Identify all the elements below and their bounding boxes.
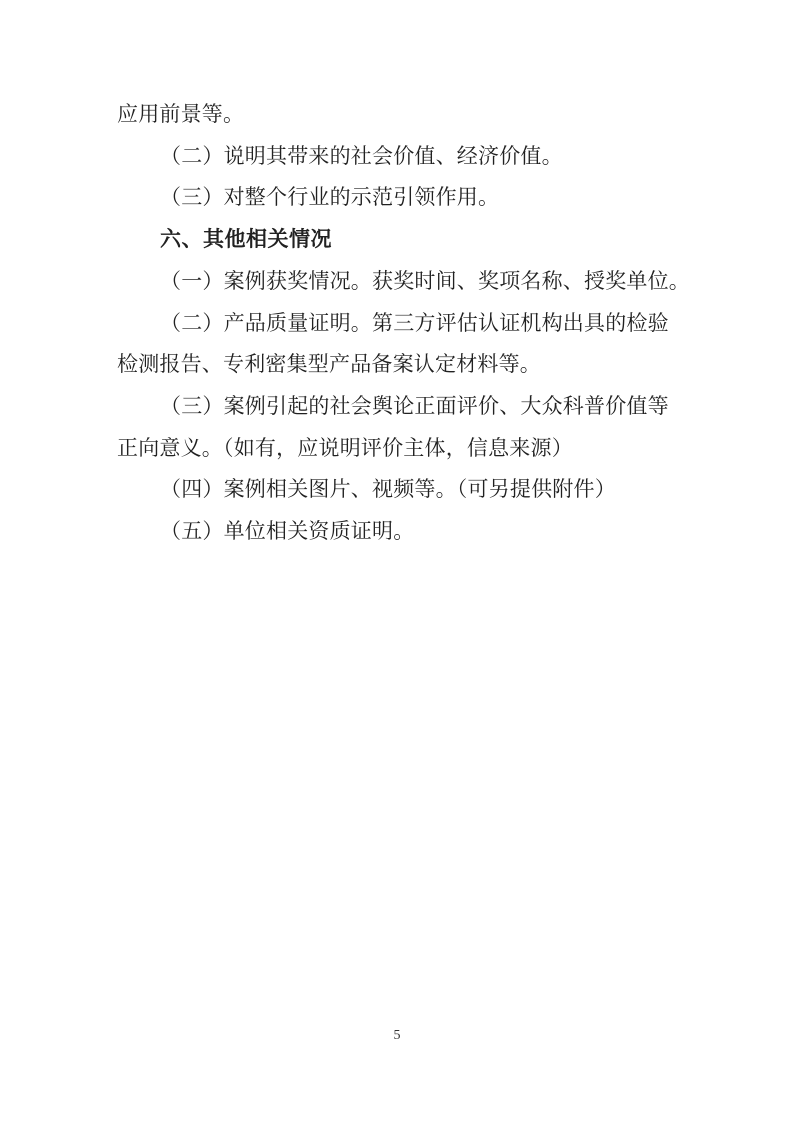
text-line: （三）对整个行业的示范引领作用。 bbox=[117, 177, 677, 219]
page-number: 5 bbox=[0, 1027, 794, 1045]
text-line: （四）案例相关图片、视频等。（可另提供附件） bbox=[117, 469, 677, 511]
text-line: 检测报告、专利密集型产品备案认定材料等。 bbox=[117, 344, 677, 386]
document-page: 应用前景等。（二）说明其带来的社会价值、经济价值。（三）对整个行业的示范引领作用… bbox=[0, 0, 794, 1123]
document-body: 应用前景等。（二）说明其带来的社会价值、经济价值。（三）对整个行业的示范引领作用… bbox=[117, 94, 677, 553]
text-line: （二）说明其带来的社会价值、经济价值。 bbox=[117, 136, 677, 178]
text-line: （三）案例引起的社会舆论正面评价、大众科普价值等 bbox=[117, 386, 677, 428]
section-heading: 六、其他相关情况 bbox=[117, 219, 677, 261]
text-line: （五）单位相关资质证明。 bbox=[117, 511, 677, 553]
text-line: 正向意义。（如有，应说明评价主体，信息来源） bbox=[117, 428, 677, 470]
text-line: （一）案例获奖情况。获奖时间、奖项名称、授奖单位。 bbox=[117, 261, 677, 303]
text-line: （二）产品质量证明。第三方评估认证机构出具的检验 bbox=[117, 303, 677, 345]
text-line: 应用前景等。 bbox=[117, 94, 677, 136]
